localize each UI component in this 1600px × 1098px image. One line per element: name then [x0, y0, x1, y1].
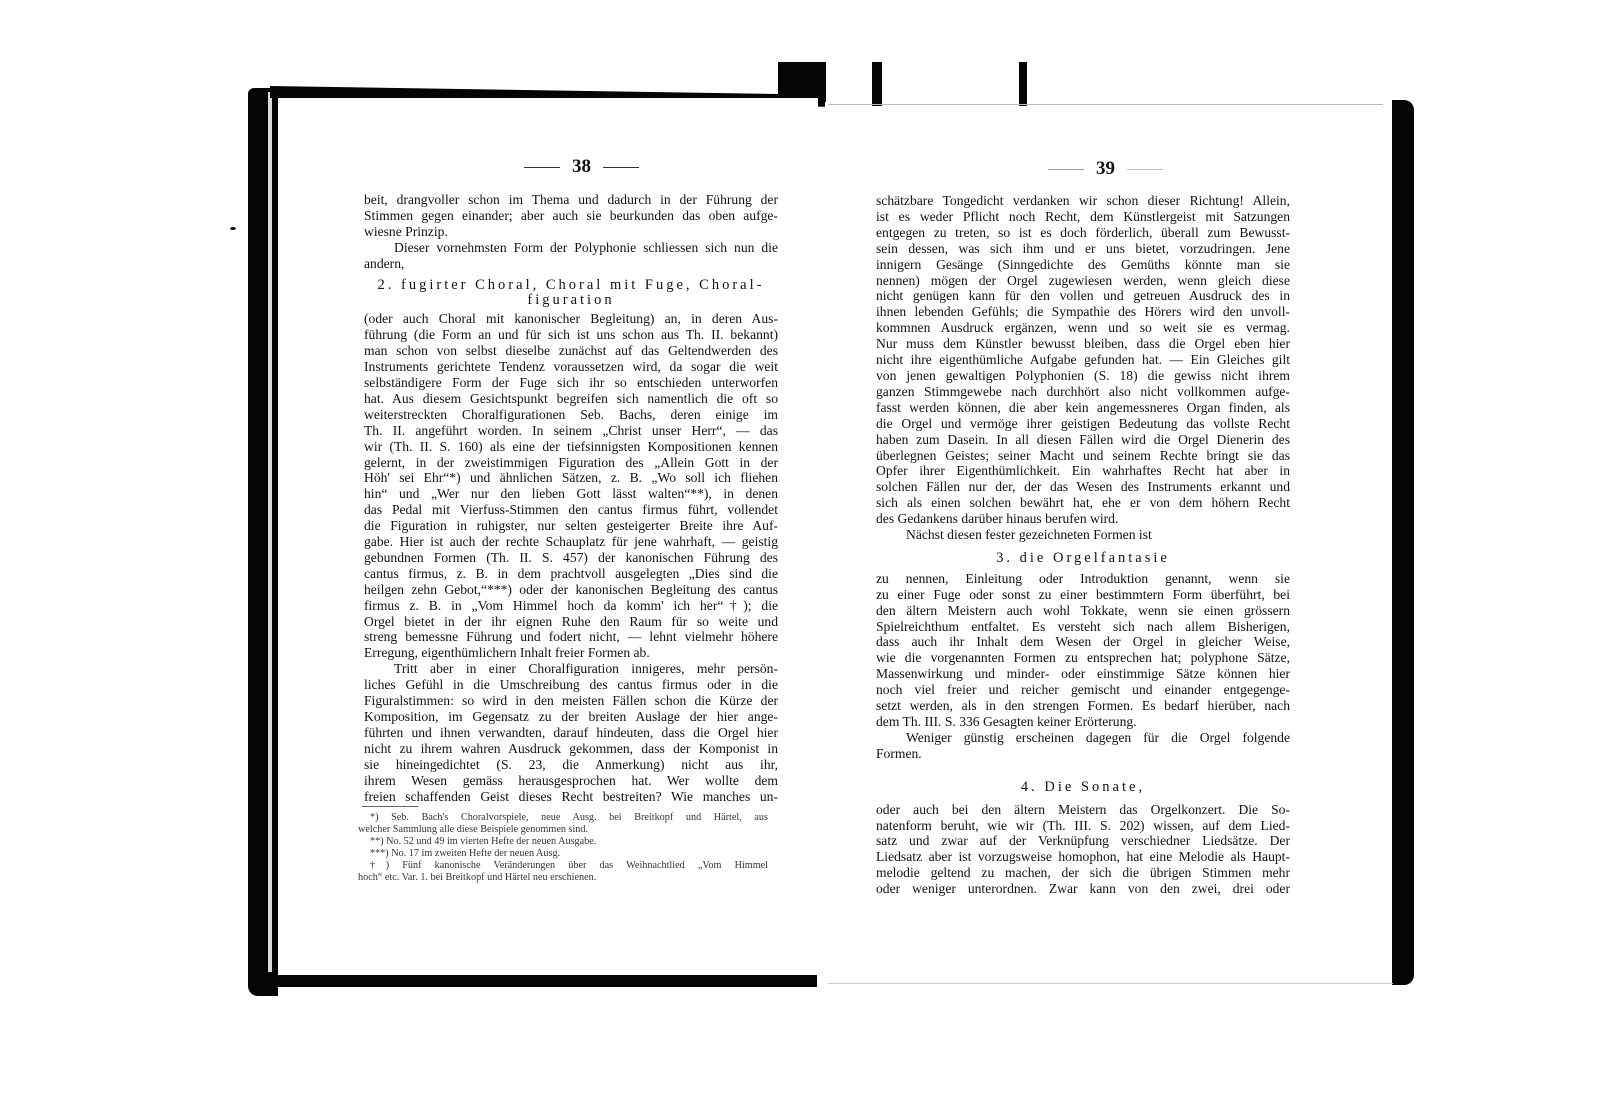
- book-cover-left-edge: [248, 88, 278, 996]
- text-line: führung (die Form an und für sich ist un…: [364, 327, 778, 343]
- left-page-footnotes: *) Seb. Bach's Choralvorspiele, neue Aus…: [358, 812, 768, 884]
- text-line: ihnen lebenden Gefühls; die Sympathie de…: [876, 304, 1290, 320]
- text-line: sich als einen solchen bewährt hat, ehe …: [876, 495, 1290, 511]
- text-line: kommnen Ausdruck ergänzen, wenn und so w…: [876, 320, 1290, 336]
- text-line: innigern Gesänge (Sinngedichte des Gemüt…: [876, 257, 1290, 273]
- text-line: ganzen Stimmgewebe nach durchhört also n…: [876, 384, 1290, 400]
- text-line: wiesne Prinzip.: [364, 224, 778, 240]
- text-line: Nächst diesen fester gezeichneten Formen…: [876, 527, 1290, 543]
- text-line: zu einer Fuge oder sonst zu einer bestim…: [876, 587, 1290, 603]
- text-line: Figuralstimmen: so wird in den meisten F…: [364, 693, 778, 709]
- text-line: Tritt aber in einer Choralfiguration inn…: [364, 661, 778, 677]
- text-line: Weniger günstig erscheinen dagegen für d…: [876, 730, 1290, 746]
- footnote-line: welcher Sammlung alle diese Beispiele ge…: [358, 824, 768, 836]
- folio-dash: [524, 167, 560, 168]
- text-line: führten und ihnen verwandten, darauf hin…: [364, 725, 778, 741]
- text-line: melodie geltend zu machen, der sich die …: [876, 865, 1290, 881]
- text-line: Nur muss dem Künstler bewusst bleiben, d…: [876, 336, 1290, 352]
- footnote-line: *) Seb. Bach's Choralvorspiele, neue Aus…: [358, 812, 768, 824]
- text-line: das Pedal mit Vierfuss-Stimmen den cantu…: [364, 502, 778, 518]
- footnote-line: **) No. 52 und 49 im vierten Hefte der n…: [358, 836, 768, 848]
- text-line: liches Gefühl in die Umschreibung des ca…: [364, 677, 778, 693]
- text-line: sein dessen, was sich ihm und er uns bie…: [876, 241, 1290, 257]
- text-line: noch viel freier und reicher gemischt un…: [876, 682, 1290, 698]
- text-line: nicht ihre eigenthümliche Aufgabe gefund…: [876, 352, 1290, 368]
- text-line: (oder auch Choral mit kanonischer Beglei…: [364, 311, 778, 327]
- text-line: den ältern Meistern auch wohl Tokkate, w…: [876, 603, 1290, 619]
- section-heading-3: 3. die Orgelfantasie: [876, 551, 1290, 567]
- text-line: haben zum Dasein. In all diesen Fällen w…: [876, 432, 1290, 448]
- text-line: solchen Fällen nur der, der das Wesen de…: [876, 479, 1290, 495]
- text-line: setzt werden, als in den strengen Formen…: [876, 698, 1290, 714]
- book-cover-highlight: [268, 92, 272, 972]
- folio-dash: [603, 167, 639, 168]
- text-line: entgegen zu treten, so ist es doch förde…: [876, 225, 1290, 241]
- text-line: hat. Aus diesem Gesichtspunkt begreifen …: [364, 391, 778, 407]
- text-line: gelernt, in der zweistimmigen Figuration…: [364, 455, 778, 471]
- text-line: Erregung, eigenthümlichern Inhalt freier…: [364, 645, 778, 661]
- text-line: ihrem Wesen gemäss herausgesprochen hat.…: [364, 773, 778, 789]
- text-line: Formen.: [876, 746, 1290, 762]
- text-line: oder auch bei den ältern Meistern das Or…: [876, 802, 1290, 818]
- folio-dash: [1048, 169, 1084, 170]
- footnote-line: hoch“ etc. Var. 1. bei Breitkopf und Här…: [358, 872, 768, 884]
- book-spine-fragment: [872, 62, 882, 106]
- text-line: gebundnen Formen (Th. II. S. 457) der ka…: [364, 550, 778, 566]
- text-line: fasst werden können, die aber kein angem…: [876, 400, 1290, 416]
- text-line: Opfer ihrer Eigenthümlichkeit. Ein wahrh…: [876, 463, 1290, 479]
- book-spine-fragment: [1019, 62, 1027, 106]
- book-cover-right-edge: [1392, 100, 1414, 985]
- text-line: Stimmen gegen einander; aber auch sie be…: [364, 208, 778, 224]
- text-line: streng bemessne Führung und fodert nicht…: [364, 629, 778, 645]
- left-page-number: 38: [512, 156, 651, 178]
- text-line: Instruments gerichtete Tendenz vorausset…: [364, 359, 778, 375]
- text-line: andern,: [364, 256, 778, 272]
- text-line: Komposition, im Gegensatz zu der breiten…: [364, 709, 778, 725]
- text-line: ist es weder Pflicht noch Recht, dem Kün…: [876, 209, 1290, 225]
- left-page-body: beit, drangvoller schon im Thema und dad…: [364, 192, 778, 804]
- footnote-line: †) Fünf kanonische Veränderungen über da…: [358, 860, 768, 872]
- text-line: beit, drangvoller schon im Thema und dad…: [364, 192, 778, 208]
- text-line: selbständigere Form der Fuge sich ihr so…: [364, 375, 778, 391]
- text-line: nennen) mögen der Orgel zugewiesen werde…: [876, 273, 1290, 289]
- text-line: schätzbare Tongedicht verdanken wir scho…: [876, 193, 1290, 209]
- text-line: weiterstreckten Choralfigurationen Seb. …: [364, 407, 778, 423]
- text-line: gabe. Hier ist auch der rechte Schauplat…: [364, 534, 778, 550]
- text-line: Th. II. angeführt worden. In seinem „Chr…: [364, 423, 778, 439]
- text-line: zu nennen, Einleitung oder Introduktion …: [876, 571, 1290, 587]
- text-line: die Orgel und vermöge ihrer geistigen Be…: [876, 416, 1290, 432]
- text-line: von jenen gewaltigen Polyphonien (S. 18)…: [876, 368, 1290, 384]
- right-page-number: 39: [1036, 158, 1175, 180]
- text-line: Dieser vornehmsten Form der Polyphonie s…: [364, 240, 778, 256]
- text-line: Höh' sei Ehr“*) und ähnlichen Sätzen, z.…: [364, 470, 778, 486]
- text-line: Spielreichthum entfaltet. Es versteht si…: [876, 619, 1290, 635]
- text-line: die Figuration in ruhigster, nur selten …: [364, 518, 778, 534]
- folio-dash: [1127, 169, 1163, 170]
- footnote-rule: [362, 806, 418, 807]
- section-heading-4: 4. Die Sonate,: [876, 780, 1290, 796]
- section-heading-2: 2. fugirter Choral, Choral mit Fuge, Cho…: [364, 278, 778, 294]
- text-line: Massenwirkung und minder- oder einstimmi…: [876, 666, 1290, 682]
- text-line: man schon von selbst dieselbe zunächst a…: [364, 343, 778, 359]
- text-line: wir (Th. II. S. 160) als eine der tiefsi…: [364, 439, 778, 455]
- text-line: oder weniger unterordnen. Zwar kann von …: [876, 881, 1290, 897]
- text-line: cantus firmus, z. B. in dem prachtvoll a…: [364, 566, 778, 582]
- text-line: natenform beruht, wie wir (Th. III. S. 2…: [876, 818, 1290, 834]
- text-line: dem Th. III. S. 336 Gesagten keiner Erör…: [876, 714, 1290, 730]
- book-spine-fragment: [778, 62, 826, 102]
- right-page-top-edge: [828, 104, 1383, 105]
- text-line: freien schaffenden Geist dieses Recht be…: [364, 789, 778, 805]
- text-line: nicht zu ihrem wahren Ausdruck gekommen,…: [364, 741, 778, 757]
- section-heading-2-cont: figuration: [364, 293, 778, 309]
- text-line: des Gedankens darüber hinaus berufen wir…: [876, 511, 1290, 527]
- text-line: hin“ und „Wer nur den lieben Gott lässt …: [364, 486, 778, 502]
- text-line: firmus z. B. in „Vom Himmel hoch da komm…: [364, 598, 778, 614]
- text-line: satz und zwar auf der Verknüpfung versch…: [876, 833, 1290, 849]
- footnote-line: ***) No. 17 im zweiten Hefte der neuen A…: [358, 848, 768, 860]
- right-page-body: schätzbare Tongedicht verdanken wir scho…: [876, 193, 1290, 897]
- text-line: sie hineingedichtet (S. 23, die Anmerkun…: [364, 757, 778, 773]
- scan-speck: [230, 227, 236, 230]
- right-page-bottom-edge: [828, 983, 1393, 984]
- text-line: heilgen zehn Gebot,“***) oder der kanoni…: [364, 582, 778, 598]
- book-cover-bottom-edge: [252, 975, 817, 987]
- text-line: nicht genügen kann für den vollen und ge…: [876, 288, 1290, 304]
- text-line: wie die vorgenannten Formen zu entsprech…: [876, 650, 1290, 666]
- text-line: überlegnen Geistes; seiner Macht und sei…: [876, 448, 1290, 464]
- text-line: dass auch ihr Inhalt dem Wesen der Orgel…: [876, 634, 1290, 650]
- text-line: Liedsatz aber ist vorzugsweise homophon,…: [876, 849, 1290, 865]
- text-line: Orgel bietet in der ihr eignen Ruhe den …: [364, 614, 778, 630]
